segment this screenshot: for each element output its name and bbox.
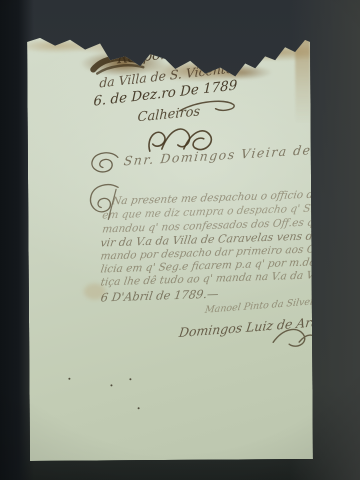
salutation-initial-flourish	[88, 149, 122, 175]
body-closing-dateline: 6 D'Abril de 1789.—	[100, 287, 220, 305]
signature-1: Manoel Pinto da Silveira	[204, 296, 324, 316]
signature-flourish	[269, 324, 319, 350]
speck-4	[138, 407, 140, 409]
stain-right-edge	[295, 38, 311, 124]
speck-2	[110, 384, 112, 386]
speck-3	[129, 378, 131, 380]
speck-1	[68, 378, 70, 380]
manuscript-page: Respondida da Villa de S. Vicente 6. de …	[27, 32, 313, 461]
photograph-of-manuscript: Respondida da Villa de S. Vicente 6. de …	[0, 0, 360, 480]
header-line-1: Respondida	[117, 43, 201, 67]
